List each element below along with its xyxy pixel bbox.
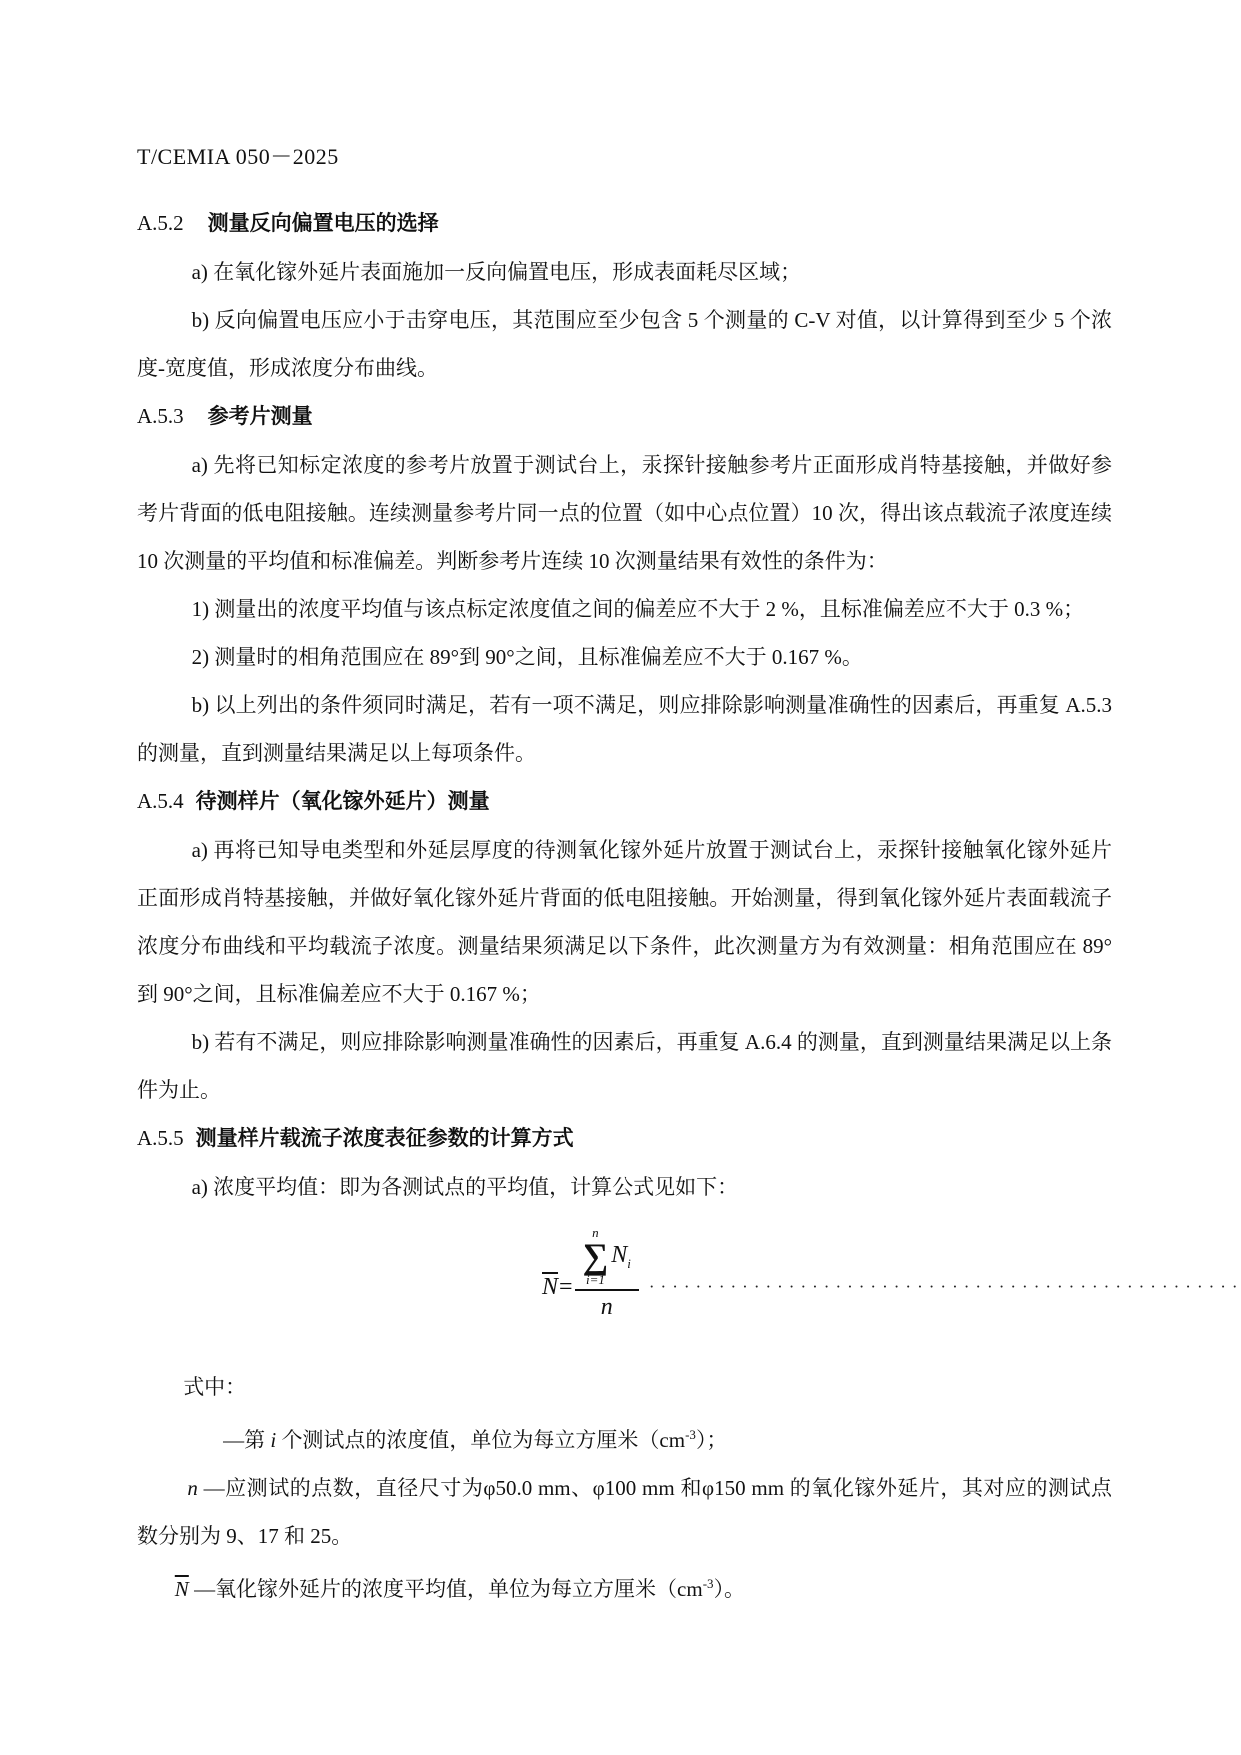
variable-n: n (187, 1476, 198, 1500)
definition-nbar: N —氧化镓外延片的浓度平均值，单位为每立方厘米（cm-3）。 (137, 1560, 1112, 1613)
paragraph-a53-item-b: b) 以上列出的条件须同时满足，若有一项不满足，则应排除影响测量准确性的因素后，… (137, 681, 1112, 777)
summand-subscript: i (627, 1255, 631, 1270)
paragraph-a52-item-b: b) 反向偏置电压应小于击穿电压，其范围应至少包含 5 个测量的 C-V 对值，… (137, 296, 1112, 392)
section-title: 测量反向偏置电压的选择 (208, 212, 439, 235)
summation-lower-limit: i=1 (586, 1273, 605, 1287)
definition-text: ）； (696, 1428, 728, 1452)
definition-text: —应测试的点数，直径尺寸为φ50.0 mm、φ100 mm 和φ150 mm 的… (137, 1476, 1112, 1548)
summation-symbol: n ∑ i=1 (583, 1226, 609, 1287)
section-number: A.5.5 (137, 1126, 184, 1150)
paragraph-a53-item-1: 1) 测量出的浓度平均值与该点标定浓度值之间的偏差应不大于 2 %，且标准偏差应… (137, 585, 1112, 633)
document-content: T/CEMIA 050－2025 A.5.2测量反向偏置电压的选择 a) 在氧化… (137, 142, 1112, 1613)
definition-dash: —第 (223, 1428, 270, 1452)
equation-lhs: N= (542, 1274, 575, 1301)
equation-row: N= n ∑ i=1 Ni n ························… (542, 1239, 1241, 1335)
section-heading-a53: A.5.3参考片测量 (137, 392, 1112, 441)
fraction: n ∑ i=1 Ni n (575, 1226, 639, 1322)
equals-sign: = (559, 1274, 573, 1301)
section-number: A.5.2 (137, 211, 184, 235)
unit-superscript: -3 (685, 1427, 696, 1442)
summand-symbol: N (611, 1242, 627, 1268)
section-heading-a55: A.5.5测量样片载流子浓度表征参数的计算方式 (137, 1114, 1112, 1163)
section-title: 测量样片载流子浓度表征参数的计算方式 (196, 1127, 574, 1150)
summand-term: Ni (611, 1242, 631, 1272)
section-title: 待测样片（氧化镓外延片）测量 (196, 790, 490, 813)
standard-number-header: T/CEMIA 050－2025 (137, 142, 1112, 172)
fraction-denominator: n (575, 1289, 639, 1322)
section-heading-a52: A.5.2测量反向偏置电压的选择 (137, 199, 1112, 248)
paragraph-a55-item-a: a) 浓度平均值：即为各测试点的平均值，计算公式见如下： (137, 1163, 1112, 1211)
definition-text: 个测试点的浓度值，单位为每立方厘米（cm (276, 1428, 685, 1452)
nbar-mean-symbol: N (542, 1274, 558, 1301)
definition-ni: —第 i 个测试点的浓度值，单位为每立方厘米（cm-3）； (137, 1411, 1112, 1464)
section-title: 参考片测量 (208, 405, 313, 428)
variable-nbar: N (175, 1577, 189, 1601)
paragraph-a53-item-a: a) 先将已知标定浓度的参考片放置于测试台上，汞探针接触参考片正面形成肖特基接触… (137, 441, 1112, 585)
fraction-numerator: n ∑ i=1 Ni (575, 1226, 639, 1289)
definition-text: —氧化镓外延片的浓度平均值，单位为每立方厘米（cm (189, 1577, 703, 1601)
dot-leader: ········································… (649, 1277, 1241, 1297)
definition-n: n —应测试的点数，直径尺寸为φ50.0 mm、φ100 mm 和φ150 mm… (137, 1464, 1112, 1560)
section-heading-a54: A.5.4待测样片（氧化镓外延片）测量 (137, 777, 1112, 826)
unit-superscript: -3 (703, 1576, 714, 1591)
paragraph-a54-item-b: b) 若有不满足，则应排除影响测量准确性的因素后，再重复 A.6.4 的测量，直… (137, 1018, 1112, 1114)
paragraph-a53-item-2: 2) 测量时的相角范围应在 89°到 90°之间，且标准偏差应不大于 0.167… (137, 633, 1112, 681)
where-clause-intro: 式中： (137, 1363, 1112, 1411)
sigma-icon: ∑ (583, 1239, 609, 1273)
section-number: A.5.4 (137, 789, 184, 813)
equation-a6: N= n ∑ i=1 Ni n ························… (137, 1211, 1112, 1363)
document-page: T/CEMIA 050－2025 A.5.2测量反向偏置电压的选择 a) 在氧化… (0, 0, 1241, 1755)
paragraph-a54-item-a: a) 再将已知导电类型和外延层厚度的待测氧化镓外延片放置于测试台上，汞探针接触氧… (137, 826, 1112, 1018)
paragraph-a52-item-a: a) 在氧化镓外延片表面施加一反向偏置电压，形成表面耗尽区域； (137, 248, 1112, 296)
section-number: A.5.3 (137, 404, 184, 428)
definition-text: ）。 (714, 1577, 746, 1601)
